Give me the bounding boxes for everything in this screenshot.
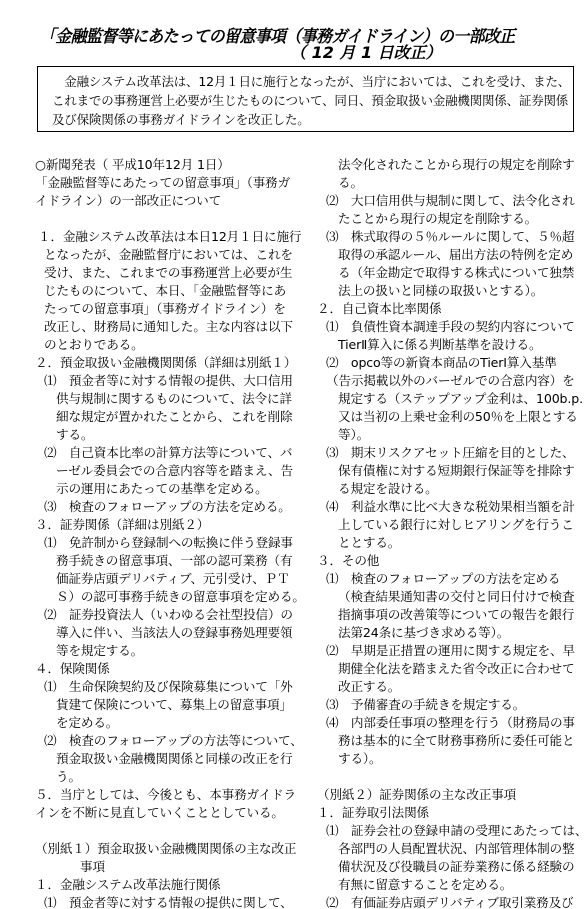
text-line: ⑵ opco等の新資本商品のTierⅠ算入基準 bbox=[326, 355, 557, 371]
text-line: ３．その他 bbox=[317, 553, 379, 569]
text-line: ⑶ 期末リスクアセット圧縮を目的とした、 bbox=[326, 445, 575, 461]
text-line: （別紙１）預金取扱い金融機関関係の主な改正 bbox=[35, 841, 296, 857]
text-line: 細な規定が置かれたことから、これを削除 bbox=[56, 409, 292, 425]
page-title: 「金融監督等にあたっての留意事項（事務ガイドライン）の一部改正 bbox=[40, 22, 515, 47]
text-line: る規定を設ける。 bbox=[338, 481, 438, 497]
text-line: ⑴ 証券会社の登録申請の受理にあたっては、 bbox=[326, 823, 587, 839]
text-line: ２．自己資本比率関係 bbox=[317, 301, 441, 317]
text-line: 務手続きの留意事項、一部の認可業務（有 bbox=[56, 553, 292, 569]
text-line: 改正する。 bbox=[338, 679, 400, 695]
page-subtitle-date: （ 12 月 1 日改正） bbox=[290, 40, 442, 63]
text-line: ⑵ 大口信用供与規制に関して、法令化され bbox=[326, 193, 575, 209]
text-line: ⑵ 有価証券店頭デリバティブ取引業務及び bbox=[326, 895, 574, 909]
text-line: （告示掲載以外のバーゼルでの合意内容）を bbox=[326, 373, 575, 389]
summary-box: 金融システム改革法は、12月１日に施行となったが、当庁においては、これを受け、ま… bbox=[37, 66, 574, 132]
text-line: 改正し、財務局に通知した。主な内容は以下 bbox=[44, 319, 293, 335]
text-line: 有無に留意することを定める。 bbox=[338, 877, 512, 893]
text-line: となったが、金融監督庁においては、これを bbox=[44, 247, 293, 263]
text-line: 価証券店頭デリバティブ、元引受け、ＰＴ bbox=[56, 571, 290, 587]
text-line: ４．保険関係 bbox=[35, 661, 110, 677]
text-line: ３．証券関係（詳細は別紙２） bbox=[35, 517, 209, 533]
text-line: を定める。 bbox=[56, 715, 118, 731]
text-line: インを不断に見直していくこととしている。 bbox=[35, 805, 284, 821]
text-line: １．金融システム改革法施行関係 bbox=[35, 877, 220, 893]
text-line: 各部門の人員配置状況、内部管理体制の整 bbox=[338, 841, 574, 857]
text-line: う。 bbox=[56, 769, 81, 785]
text-line: 備状況及び役職員の証券業務に係る経験の bbox=[338, 859, 574, 875]
text-line: 法令化されたことから現行の規定を削除す bbox=[338, 157, 574, 173]
text-line: のとおりである。 bbox=[44, 337, 144, 353]
text-line: 上している銀行に対しヒアリングを行うこ bbox=[338, 517, 574, 533]
text-line: 貨建て保険について、募集上の留意事項」 bbox=[56, 697, 292, 713]
text-line: たっての留意事項」（事務ガイドライン）を bbox=[44, 301, 286, 317]
text-line: 等）。 bbox=[338, 427, 369, 443]
text-line: ⑴ 検査のフォローアップの方法を定める bbox=[326, 571, 560, 587]
text-line: TierⅡ算入に係る判断基準を設ける。 bbox=[338, 337, 541, 353]
text-line: （検査結果通知書の交付と同日付けで検査 bbox=[338, 589, 574, 605]
text-line: ⑵ 検査のフォローアップの方法等について、 bbox=[44, 733, 303, 749]
summary-line: これまでの事務運営上必要が生じたものについて、同日、預金取扱い金融機関関係、証券… bbox=[52, 91, 568, 109]
text-line: ⑶ 予備審査の手続きを規定する。 bbox=[326, 697, 525, 713]
text-line: 指摘事項の改善策等についての報告を銀行 bbox=[338, 607, 574, 623]
text-line: ととする。 bbox=[338, 535, 400, 551]
text-line: １．金融システム改革法は本日12月１日に施行 bbox=[38, 229, 301, 245]
text-line: ⑶ 株式取得の５％ルールに関して、５％超 bbox=[326, 229, 574, 245]
text-line: たことから現行の規定を削除する。 bbox=[338, 211, 537, 227]
text-line: 務は基本的に全て財務事務所に委任可能と bbox=[338, 733, 574, 749]
text-line: １．証券取引法関係 bbox=[317, 805, 429, 821]
text-line: Ｓ）の認可事務手続きの留意事項を定める。 bbox=[56, 589, 305, 605]
text-line: 期健全化法を踏まえた省令改正に合わせて bbox=[338, 661, 574, 677]
text-line: ○新聞発表（ 平成10年12月 1日） bbox=[35, 157, 230, 173]
text-line: 保有債権に対する短期銀行保証等を排除す bbox=[338, 463, 574, 479]
text-line: ⑷ 内部委任事項の整理を行う（財務局の事 bbox=[326, 715, 575, 731]
text-line: 受け、また、これまでの事務運営上必要が生 bbox=[44, 265, 292, 281]
text-line: 供与規制に関するものについて、法令に詳 bbox=[56, 391, 292, 407]
text-line: 取得の承認ルール、届出方法の特例を定め bbox=[338, 247, 573, 263]
text-line: する）。 bbox=[338, 751, 381, 767]
text-line: 示の運用にあたっての基準を定める。 bbox=[56, 481, 268, 497]
text-line: ２．預金取扱い金融機関関係（詳細は別紙１） bbox=[35, 355, 296, 371]
text-line: ５．当庁としては、今後とも、本事務ガイドラ bbox=[35, 787, 296, 803]
text-line: ⑶ 検査のフォローアップの方法を定める。 bbox=[44, 499, 291, 515]
text-line: ⑷ 利益水準に比べ大きな税効果相当額を計 bbox=[326, 499, 575, 515]
text-line: ⑴ 預金者等に対する情報の提供に関して、 bbox=[44, 895, 293, 909]
summary-line: 及び保険関係の事務ガイドラインを改正した。 bbox=[52, 110, 310, 128]
text-line: 法第24条に基づき求める等）。 bbox=[338, 625, 509, 641]
text-line: 「金融監督等にあたっての留意事項」（事務ガ bbox=[35, 175, 290, 191]
text-line: 導入に伴い、当該法人の登録事務処理要領 bbox=[56, 625, 292, 641]
summary-line: 金融システム改革法は、12月１日に施行となったが、当庁においては、これを受け、ま… bbox=[52, 72, 570, 90]
text-line: 又は当初の上乗せ金利の50％を上限とする bbox=[338, 409, 578, 425]
text-line: 法上の扱いと同様の取扱いとする）。 bbox=[338, 283, 543, 299]
text-line: 等を規定する。 bbox=[56, 643, 143, 659]
text-line: ⑴ 生命保険契約及び保険募集について「外 bbox=[44, 679, 293, 695]
text-line: ⑵ 早期是正措置の運用に関する規定を、早 bbox=[326, 643, 575, 659]
text-line: ⑴ 預金者等に対する情報の提供、大口信用 bbox=[44, 373, 293, 389]
text-line: イドライン）の一部改正について bbox=[35, 193, 221, 209]
text-line: ⑵ 証券投資法人（いわゆる会社型投信）の bbox=[44, 607, 293, 623]
text-line: ーゼル委員会での合意内容等を踏まえ、告 bbox=[56, 463, 293, 479]
text-line: る（年金勘定で取得する株式について独禁 bbox=[338, 265, 574, 281]
text-line: ⑴ 免許制から登録制への転換に伴う登録事 bbox=[44, 535, 293, 551]
text-line: る。 bbox=[338, 175, 363, 191]
text-line: 事項 bbox=[80, 859, 105, 875]
text-line: ⑴ 負債性資本調達手段の契約内容について bbox=[326, 319, 575, 335]
text-line: ⑵ 自己資本比率の計算方法等について、バ bbox=[44, 445, 292, 461]
text-line: する。 bbox=[56, 427, 93, 443]
text-line: 預金取扱い金融機関関係と同様の改正を行 bbox=[56, 751, 292, 767]
text-line: じたものについて、本日、「金融監督等にあ bbox=[44, 283, 286, 299]
text-line: （別紙２）証券関係の主な改正事項 bbox=[317, 787, 516, 803]
text-line: 規定する（ステップアップ金利は、100b.p. bbox=[338, 391, 583, 407]
